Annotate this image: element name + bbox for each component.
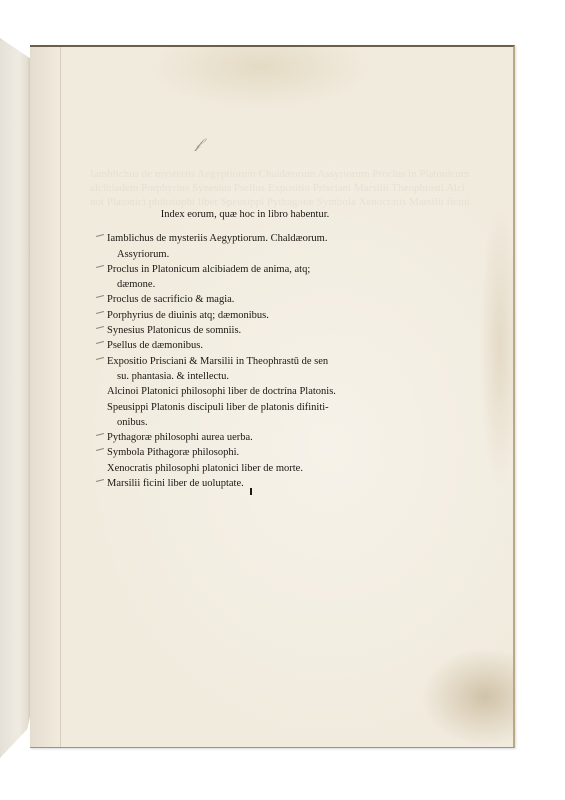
flyleaf <box>0 38 32 758</box>
index-entry: Proclus de sacrificio & magia. <box>105 292 365 307</box>
index-entry: Alcinoi Platonici philosophi liber de do… <box>105 384 365 399</box>
index-entry: Synesius Platonicus de somniis. <box>105 323 365 338</box>
index-entry: Xenocratis philosophi platonici liber de… <box>105 461 365 476</box>
index-entry: Speusippi Platonis discipuli liber de pl… <box>105 400 365 431</box>
index-heading: Index eorum, quæ hoc in libro habentur. <box>125 207 365 222</box>
printer-mark <box>250 488 252 495</box>
ownership-inscription: 𝒻 <box>195 137 201 153</box>
index-entry: Marsilii ficini liber de uoluptate. <box>105 476 365 491</box>
index-entry: Pythagoræ philosophi aurea uerba. <box>105 430 365 445</box>
index-entry: Iamblichus de mysteriis Aegyptiorum. Cha… <box>105 231 365 262</box>
table-of-contents: Index eorum, quæ hoc in libro habentur. … <box>105 207 365 491</box>
index-entry: Proclus in Platonicum alcibiadem de anim… <box>105 262 365 293</box>
index-entry: Psellus de dæmonibus. <box>105 338 365 353</box>
page-gutter <box>30 47 61 747</box>
index-entry: Porphyrius de diuinis atq; dæmonibus. <box>105 308 365 323</box>
index-entry: Symbola Pithagoræ philosophi. <box>105 445 365 460</box>
index-entry: Expositio Prisciani & Marsilii in Theoph… <box>105 354 365 385</box>
